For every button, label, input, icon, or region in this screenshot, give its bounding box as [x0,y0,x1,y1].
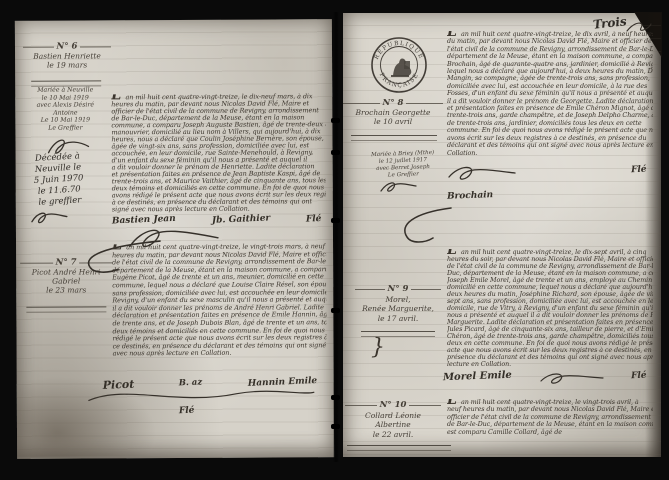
text-line: Renée Marguerite, [355,304,441,314]
margin-note-lines: Collard LéonieAlbertinele 22 avril. [345,411,441,440]
scanned-registry-spread: N° 6 Bastien Henriettele 19 mars Mariée … [0,0,669,480]
text-line: Morel, [355,295,441,305]
act-number: N° 9 [388,285,409,295]
signature-flourish [87,387,317,408]
text-line: signé avec nous après lecture en Collati… [112,205,326,213]
signature: Bastien Jean [112,214,176,227]
margin-note-lines: Bastien Henriettele 19 mars [23,51,111,69]
margin-note-n8: N° 8 Brochain Georgettele 10 avril [343,99,443,126]
text-line: Gabriel [20,276,112,285]
margin-note-number: N° 9 [355,285,441,295]
signature: Jb. Gaithier [212,213,271,225]
margin-note-lines: Décédée àNeuville le5 Juin 1970le 11.6.7… [16,150,101,210]
rule-dash [23,47,54,48]
margin-note-lines: Morel,Renée Marguerite,le 17 avril. [355,295,441,324]
margin-note-number: N° 6 [23,42,111,51]
text-line: Albertine [345,420,441,430]
republic-stamp: RÉPUBLIQUE FRANÇAISE [369,35,429,95]
svg-text:RÉPUBLIQUE: RÉPUBLIQUE [373,40,425,61]
stitch-knot [331,424,340,429]
stitch-knot [331,118,340,123]
right-page: Trois RÉPUBLIQUE FRANÇAISE [343,13,661,457]
stitch-knot [331,395,340,400]
folio-number: Trois [592,14,627,31]
signature: Morel Emile [443,370,512,383]
signature-row: Flé [447,165,647,183]
act-number: N° 10 [380,401,407,411]
rule-dash [345,405,377,406]
stitch-knot [331,150,340,155]
signature-flourish [447,165,517,183]
signature-flourish [539,371,605,387]
signature: Flé [306,214,322,225]
act-number: N° 8 [383,99,404,108]
text-line: le 17 avril. [355,314,441,324]
text-line: le 19 mars [23,60,111,69]
signature: Brochain [447,190,493,202]
text-line: Brochain Georgette [343,108,443,117]
text-line: déclarant et des témoins qui ont signé a… [447,142,653,149]
text-line: lecture en Collation. [447,361,653,368]
birth-act-9: L'an mil huit cent quatre-vingt-treize, … [447,249,653,368]
stamp-marianne-figure [391,59,411,78]
margin-note-n10: N° 10 Collard LéonieAlbertinele 22 avril… [345,401,441,439]
text-line: Bastien Henriette [23,51,111,60]
margin-note-deces-1970: Décédée àNeuville le5 Juin 1970le 11.6.7… [16,150,101,210]
paraph-flourish [397,205,455,249]
rule-dash [355,289,385,290]
text-line: le 10 avril [343,117,443,126]
left-page: N° 6 Bastien Henriettele 19 mars Mariée … [15,19,334,459]
stamp-text-top: RÉPUBLIQUE [373,40,425,61]
margin-note-lines: Mariée à Briey (Mthe)le 12 juillet 1917a… [363,150,444,181]
text-line: le 22 avril. [345,430,441,440]
rule-dash [80,46,111,47]
binding-seam [333,12,339,462]
margin-note-marriage-1917: Mariée à Briey (Mthe)le 12 juillet 1917a… [363,150,444,181]
text-line: le 23 mars [20,285,112,294]
stitch-knot [331,218,340,223]
underline-rule [351,135,437,141]
signature-flourish [379,179,419,197]
birth-act-7: L'an mil huit cent quatre-vingt-treize, … [112,243,327,358]
underline-rule [26,306,106,312]
signature-row: Morel Emile Flé [443,371,647,387]
margin-note-number: N° 8 [343,99,443,108]
margin-note-lines: Mariée à Neuvillele 10 Mai 1919avec Alex… [19,86,111,132]
rule-dash [411,289,441,290]
underline-rule [347,445,451,451]
margin-note-number: N° 10 [345,401,441,411]
birth-act-8: L'an mil huit cent quatre-vingt-treize, … [447,31,653,157]
stitch-knot [331,308,340,313]
act-number: N° 6 [57,43,78,52]
text-line: Le Greffier [19,124,111,132]
signature: B. az [179,377,203,388]
margin-note-lines: Brochain Georgettele 10 avril [343,108,443,126]
margin-note-n9: N° 9 Morel,Renée Marguerite,le 17 avril. [355,285,441,323]
text-line: avec nous après lecture en Collation. [113,350,327,359]
rule-dash [406,103,443,104]
signature: Flé [631,371,647,382]
text-line: est comparu Camille Collard, âgé de [447,429,653,436]
margin-note-marriage-1919: Mariée à Neuvillele 10 Mai 1919avec Alex… [19,86,111,132]
margin-note-n6: N° 6 Bastien Henriettele 19 mars [23,42,111,69]
birth-act-6: L'an mil huit cent quatre-vingt-treize, … [111,93,326,213]
signature-flourish [30,209,70,229]
text-line: Collation. [447,150,653,157]
birth-act-10: L'an mil huit cent quatre-vingt-treize, … [447,399,653,436]
folio-label: Trois [592,14,627,31]
rule-dash [20,263,53,264]
signature-row: Bastien Jean Jb. Gaithier Flé [112,214,322,225]
signature: Flé [631,165,647,176]
brace-mark: } [371,335,385,360]
signature: Flé [179,406,195,417]
rule-dash [409,405,441,406]
rule-dash [343,103,380,104]
text-line: Collard Léonie [345,411,441,421]
